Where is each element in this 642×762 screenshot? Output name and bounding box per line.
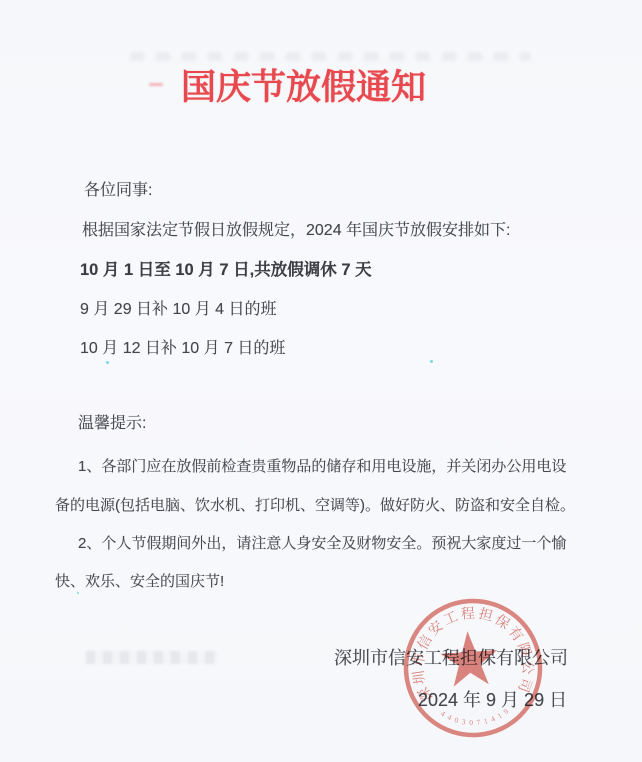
tip2-line2: 快、欢乐、安全的国庆节! xyxy=(55,572,224,592)
holiday-range-line: 10 月 1 日至 10 月 7 日,共放假调休 7 天 xyxy=(80,260,372,280)
tips-heading: 温馨提示: xyxy=(78,414,146,434)
intro-line: 根据国家法定节假日放假规定，2024 年国庆节放假安排如下: xyxy=(82,221,511,241)
scan-red-smudge xyxy=(149,83,163,86)
makeup-day-2-line: 10 月 12 日补 10 月 7 日的班 xyxy=(80,339,285,359)
scan-cyan-speck xyxy=(430,360,433,363)
makeup-day-1-line: 9 月 29 日补 10 月 4 日的班 xyxy=(80,300,277,320)
tip1-line1: 1、各部门应在放假前检查贵重物品的储存和用电设施，并关闭办公用电设 xyxy=(78,457,566,477)
salutation-line: 各位同事: xyxy=(84,181,152,201)
scan-ghost-streak-bottom xyxy=(86,651,218,664)
signature-date: 2024 年 9 月 29 日 xyxy=(418,690,567,710)
scan-cyan-speck xyxy=(106,361,109,364)
signature-company: 深圳市信安工程担保有限公司 xyxy=(334,648,568,668)
seal-outer-ring xyxy=(401,596,544,739)
page-title: 国庆节放假通知 xyxy=(181,60,426,110)
company-seal-stamp: 深圳市信安工程担保有限公司 4403071419 xyxy=(396,591,550,745)
tip2-line1: 2、个人节假期间外出，请注意人身安全及财物安全。预祝大家度过一个愉 xyxy=(78,534,566,554)
scan-cyan-speck xyxy=(77,592,79,594)
notice-document: 国庆节放假通知 各位同事: 根据国家法定节假日放假规定，2024 年国庆节放假安… xyxy=(0,0,642,762)
tip1-line2: 备的电源(包括电脑、饮水机、打印机、空调等)。做好防火、防盗和安全自检。 xyxy=(55,496,575,516)
